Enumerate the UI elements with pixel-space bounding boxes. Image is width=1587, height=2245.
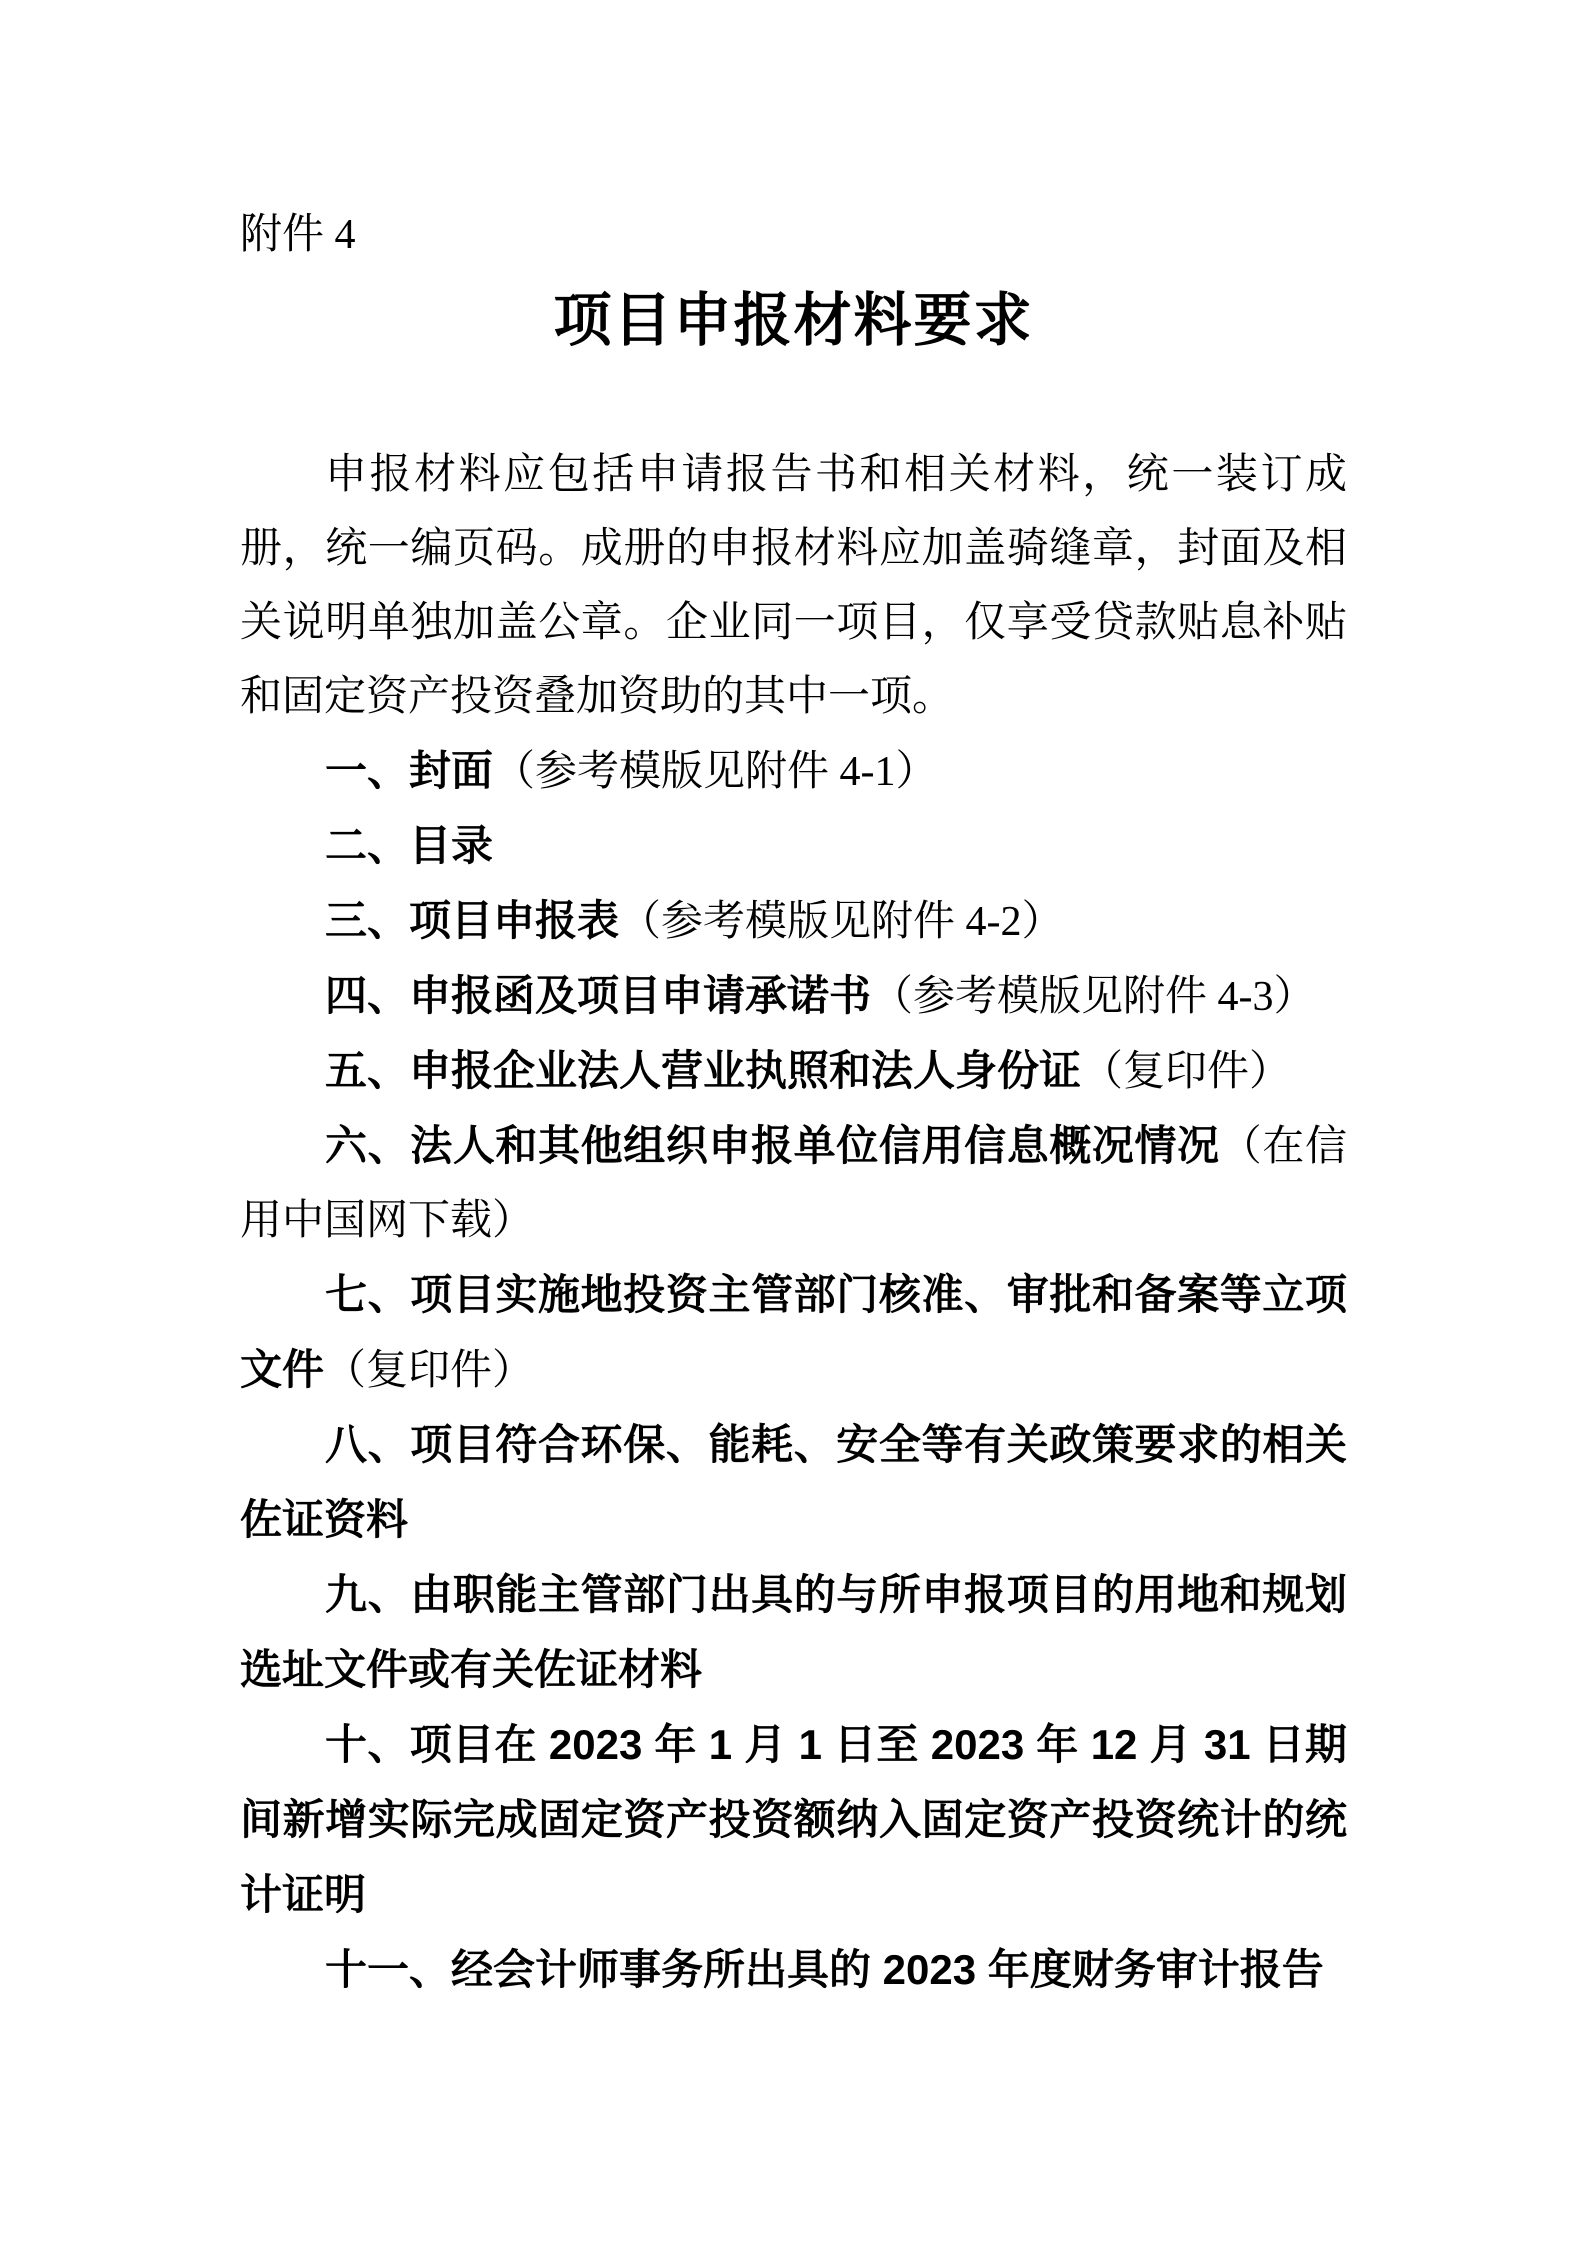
- list-item-note: （参考模版见附件 4-3）: [871, 974, 1316, 1020]
- list-item-note: （复印件）: [1081, 1049, 1291, 1095]
- list-item: 二、目录: [240, 809, 1347, 884]
- list-item-main-text: 六、法人和其他组织申报单位信用信息概况情况: [325, 1122, 1220, 1169]
- list-item-main-text: 十、项目在 2023 年 1 月 1 日至 2023 年 12 月 31 日期间…: [240, 1721, 1347, 1918]
- list-item-note: （复印件）: [324, 1348, 534, 1394]
- list-item-main-text: 四、申报函及项目申请承诺书: [325, 972, 871, 1019]
- attachment-label: 附件 4: [240, 210, 1347, 260]
- list-item-main-text: 一、封面: [325, 747, 493, 794]
- list-item-note: （参考模版见附件 4-1）: [493, 749, 938, 795]
- list-item-main-text: 五、申报企业法人营业执照和法人身份证: [325, 1047, 1081, 1094]
- list-item: 八、项目符合环保、能耗、安全等有关政策要求的相关佐证资料: [240, 1408, 1347, 1558]
- list-item: 十、项目在 2023 年 1 月 1 日至 2023 年 12 月 31 日期间…: [240, 1708, 1347, 1933]
- list-item-main-text: 八、项目符合环保、能耗、安全等有关政策要求的相关佐证资料: [240, 1421, 1347, 1543]
- list-item-main-text: 九、由职能主管部门出具的与所申报项目的用地和规划选址文件或有关佐证材料: [240, 1571, 1347, 1693]
- list-item: 五、申报企业法人营业执照和法人身份证（复印件）: [240, 1034, 1347, 1109]
- intro-paragraph: 申报材料应包括申请报告书和相关材料，统一装订成册，统一编页码。成册的申报材料应加…: [240, 438, 1347, 734]
- list-item: 十一、经会计师事务所出具的 2023 年度财务审计报告: [240, 1933, 1347, 2008]
- list-item: 一、封面（参考模版见附件 4-1）: [240, 734, 1347, 809]
- list-item-note: （参考模版见附件 4-2）: [619, 899, 1064, 945]
- document-body: 申报材料应包括申请报告书和相关材料，统一装订成册，统一编页码。成册的申报材料应加…: [240, 438, 1347, 2008]
- list-item: 七、项目实施地投资主管部门核准、审批和备案等立项文件（复印件）: [240, 1258, 1347, 1408]
- list-item-main-text: 二、目录: [325, 822, 493, 869]
- list-item: 四、申报函及项目申请承诺书（参考模版见附件 4-3）: [240, 959, 1347, 1034]
- list-item-main-text: 三、项目申报表: [325, 897, 619, 944]
- list-item: 六、法人和其他组织申报单位信用信息概况情况（在信用中国网下载）: [240, 1109, 1347, 1258]
- list-item-main-text: 十一、经会计师事务所出具的 2023 年度财务审计报告: [325, 1946, 1324, 1993]
- list-item: 三、项目申报表（参考模版见附件 4-2）: [240, 884, 1347, 959]
- page-title: 项目申报材料要求: [240, 286, 1347, 356]
- list-item: 九、由职能主管部门出具的与所申报项目的用地和规划选址文件或有关佐证材料: [240, 1558, 1347, 1708]
- document-page: 附件 4 项目申报材料要求 申报材料应包括申请报告书和相关材料，统一装订成册，统…: [0, 0, 1587, 2245]
